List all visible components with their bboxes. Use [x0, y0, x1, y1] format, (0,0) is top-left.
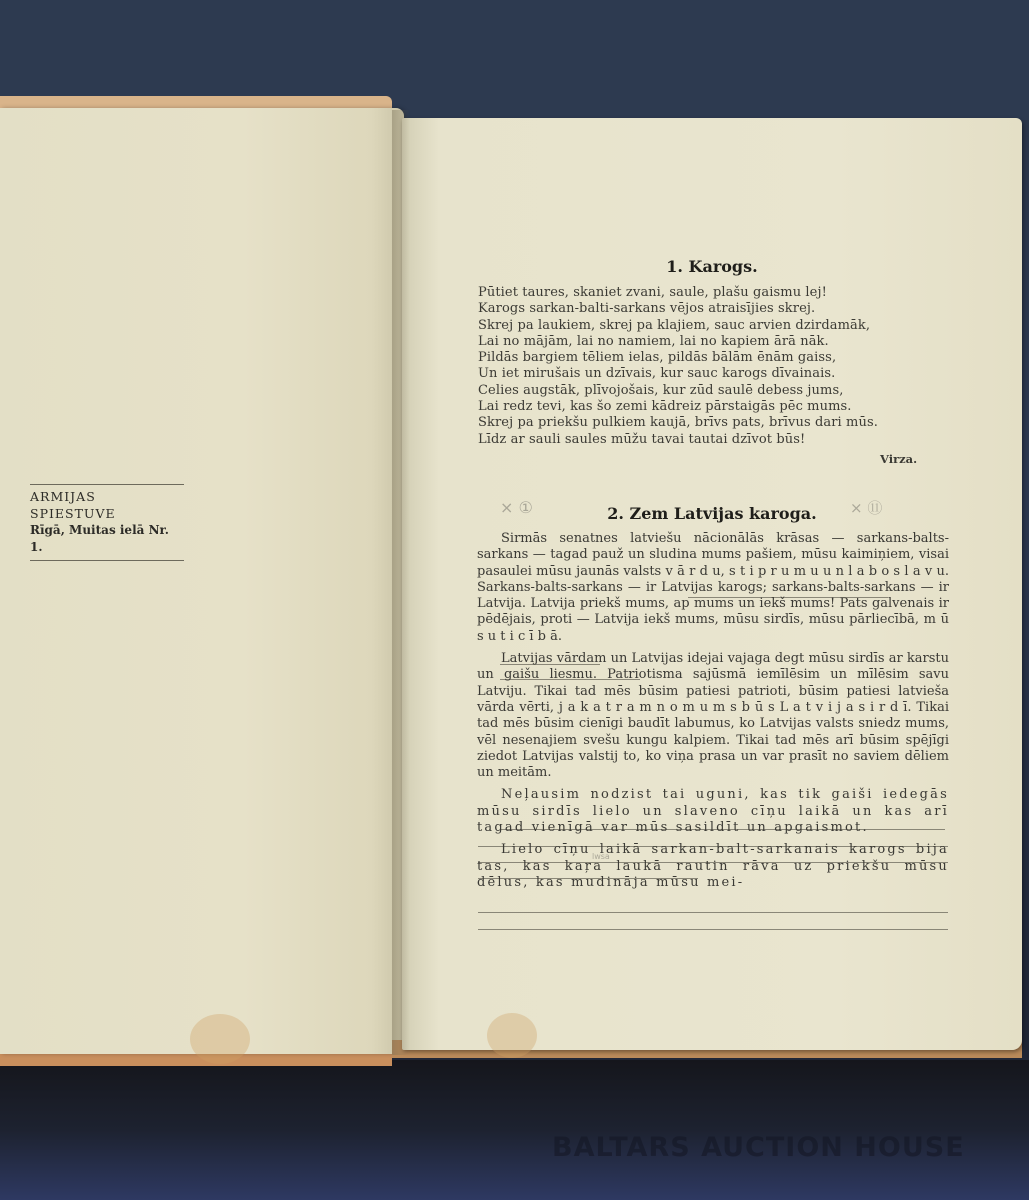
pencil-margin-note: lwsa	[592, 852, 610, 861]
water-stain	[190, 1014, 250, 1064]
section-2-body: Sirmās senatnes latviešu nācionālās krās…	[477, 531, 949, 897]
pencil-underline	[500, 664, 600, 665]
poem-line: Lai redz tevi, kas šo zemi kādreiz pārst…	[478, 399, 958, 415]
pencil-underline	[500, 679, 640, 680]
paragraph: Sirmās senatnes latviešu nācionālās krās…	[477, 531, 949, 645]
pencil-underline	[478, 862, 948, 863]
imprint-address: Rīgā, Muitas ielā Nr. 1.	[30, 522, 184, 556]
printer-imprint: ARMIJAS SPIESTUVE Rīgā, Muitas ielā Nr. …	[30, 484, 184, 561]
auction-house-watermark: BALTARS AUCTION HOUSE	[552, 1132, 965, 1163]
paragraph: Latvijas vārdam un Latvijas idejai vajag…	[477, 651, 949, 781]
imprint-printer-name: ARMIJAS SPIESTUVE	[30, 488, 184, 522]
pencil-underline	[500, 829, 945, 830]
poem-line: Karogs sarkan-balti-sarkans vējos atrais…	[478, 301, 958, 317]
pencil-underline	[478, 912, 948, 913]
book-spine-shadow	[392, 110, 410, 1055]
left-page	[0, 108, 404, 1054]
background-table-bottom	[0, 1060, 1029, 1200]
poem-line: Līdz ar sauli saules mūžu tavai tautai d…	[478, 432, 958, 448]
poem-line: Skrej pa priekšu pulkiem kaujā, brīvs pa…	[478, 415, 958, 431]
poem-karogs: Pūtiet taures, skaniet zvani, saule, pla…	[478, 285, 958, 448]
section-2-title: 2. Zem Latvijas karoga.	[402, 504, 1022, 523]
poem-line: Celies augstāk, plīvojošais, kur zūd sau…	[478, 383, 958, 399]
pencil-underline	[478, 878, 698, 879]
section-1-title: 1. Karogs.	[402, 257, 1022, 276]
poem-line: Lai no mājām, lai no namiem, lai no kapi…	[478, 334, 958, 350]
paragraph-spaced: Lielo cīņu laikā sarkan-balt-sarkanais k…	[477, 842, 949, 891]
poem-author: Virza.	[880, 452, 917, 466]
poem-line: Pildās bargiem tēliem ielas, pildās bālā…	[478, 350, 958, 366]
pencil-underline	[478, 929, 948, 930]
pencil-underline	[478, 846, 948, 847]
pencil-underline	[688, 597, 888, 598]
poem-line: Un iet mirušais un dzīvais, kur sauc kar…	[478, 366, 958, 382]
poem-line: Skrej pa laukiem, skrej pa klajiem, sauc…	[478, 318, 958, 334]
poem-line: Pūtiet taures, skaniet zvani, saule, pla…	[478, 285, 958, 301]
water-stain	[487, 1013, 537, 1058]
